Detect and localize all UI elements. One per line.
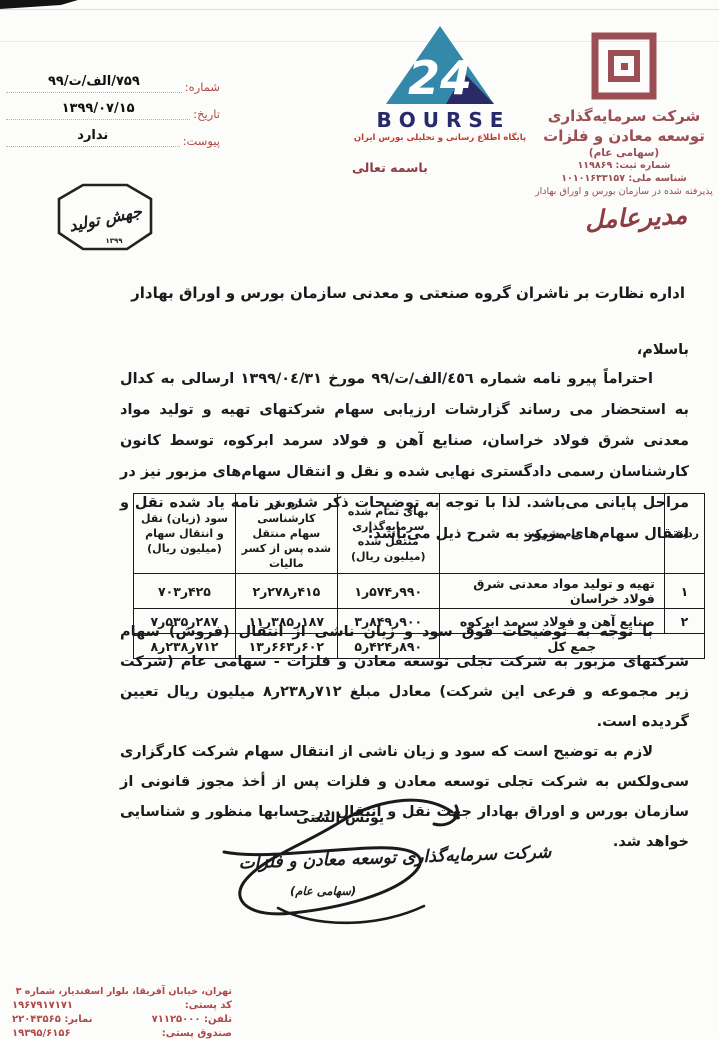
- cell-profit: ۷۰۳ر۴۲۵: [134, 574, 236, 609]
- letter-meta-block: شماره: ۷۵۹/الف/ت/۹۹ تاریخ: ۱۳۹۹/۰۷/۱۵ پی…: [6, 80, 220, 161]
- table-header-row: ردیف نام شرکت بهای تمام شده سرمایه‌گذاری…: [134, 494, 705, 574]
- footer-pobox-value: ۱۹۳۹۵/۶۱۵۶: [12, 1028, 71, 1039]
- letter-attachment-value: ندارد: [6, 128, 180, 143]
- footer-fax-value: ۲۲۰۴۳۵۶۵: [12, 1014, 61, 1025]
- company-listing-note: پذیرفته شده در سازمان بورس و اوراق بهادا…: [533, 185, 715, 198]
- letter-attachment-label: پیوست:: [183, 134, 220, 148]
- footer-phone-label: تلفن:: [204, 1014, 232, 1025]
- company-logo-icon: [589, 30, 659, 102]
- recipient-heading: اداره نظارت بر ناشران گروه صنعتی و معدنی…: [131, 284, 685, 302]
- signature-company-type: (سهامی عام): [290, 884, 356, 898]
- cell-row-no: ۱: [664, 574, 704, 609]
- footer-fax-pair: نمابر: ۲۲۰۴۳۵۶۵: [12, 1014, 93, 1025]
- bourse-number: 24: [408, 51, 472, 105]
- letter-number-value: ۷۵۹/الف/ت/۹۹: [6, 74, 182, 89]
- cell-appraisal: ۲ر۲۷۸ر۴۱۵: [235, 574, 337, 609]
- stamp-year: ۱۳۹۹: [105, 237, 123, 245]
- meta-row-number: شماره: ۷۵۹/الف/ت/۹۹: [6, 80, 220, 94]
- meta-row-attachment: پیوست: ندارد: [6, 134, 220, 148]
- salutation: باسلام،: [637, 342, 689, 358]
- footer-postal-row: کد پستی: ۱۹۶۷۹۱۷۱۷۱: [12, 1000, 232, 1011]
- header-cost: بهای تمام شده سرمایه‌گذاری منتقل شده (می…: [337, 494, 439, 574]
- production-leap-stamp: جهش تولید ۱۳۹۹: [56, 182, 154, 256]
- footer-fax-label: نمابر:: [64, 1014, 92, 1025]
- transfer-amount: ۸ر۲۳۸ر۷۱۲: [263, 684, 342, 700]
- company-letterhead: شرکت سرمایه‌گذاری توسعه معادن و فلزات (س…: [533, 30, 715, 198]
- bourse-name: BOURSE: [344, 108, 536, 132]
- footer-phone-row: تلفن: ۷۱۱۲۵۰۰۰ نمابر: ۲۲۰۴۳۵۶۵: [12, 1014, 232, 1025]
- bourse-logo: 24 BOURSE پایگاه اطلاع رسانی و تحلیلی بو…: [344, 24, 536, 143]
- bourse-tagline: پایگاه اطلاع رسانی و تحلیلی بورس ایران: [344, 133, 536, 143]
- stamp-slogan: جهش تولید: [67, 201, 145, 236]
- company-name-line1: شرکت سرمایه‌گذاری: [533, 106, 715, 126]
- ceo-title-script: مدیرعامل: [579, 200, 692, 235]
- letter-date-label: تاریخ:: [193, 107, 220, 121]
- header-appraisal: ارزش کارشناسی سهام منتقل شده پس از کسر م…: [235, 494, 337, 574]
- footer-pobox-row: صندوق پستی: ۱۹۳۹۵/۶۱۵۶: [12, 1028, 232, 1039]
- signer-name: یونس الستی: [296, 810, 384, 826]
- scan-line-artifact: [0, 9, 719, 10]
- letter-number-label: شماره:: [185, 80, 220, 94]
- company-national-id: شناسه ملی: ۱۰۱۰۱۶۳۳۱۵۷: [533, 172, 715, 185]
- footer-phone-pair: تلفن: ۷۱۱۲۵۰۰۰: [152, 1014, 232, 1025]
- besmele: باسمه تعالی: [352, 160, 428, 175]
- table-row: ۱ تهیه و تولید مواد معدنی شرق فولاد خراس…: [134, 574, 705, 609]
- footer-postal-label: کد پستی:: [185, 1000, 232, 1011]
- body-paragraph-2: با توجه به توضیحات فوق سود و زیان ناشی ا…: [120, 617, 689, 737]
- scan-corner-artifact: [0, 0, 78, 9]
- footer-pobox-label: صندوق پستی:: [162, 1028, 232, 1039]
- meta-row-date: تاریخ: ۱۳۹۹/۰۷/۱۵: [6, 107, 220, 121]
- stamp-octagon-icon: جهش تولید ۱۳۹۹: [56, 182, 154, 252]
- bourse-triangle-icon: 24: [384, 24, 496, 106]
- dotted-leader: ۷۵۹/الف/ت/۹۹: [6, 81, 182, 93]
- dotted-leader: ۱۳۹۹/۰۷/۱۵: [6, 108, 190, 120]
- header-profit: سود (زیان) نقل و انتقال سهام (میلیون ریا…: [134, 494, 236, 574]
- company-name-line2: توسعه معادن و فلزات: [533, 126, 715, 146]
- header-company: نام شرکت: [439, 494, 664, 574]
- page-footer: تهران، خیابان آفریقا، بلوار اسفندیار، شم…: [12, 986, 232, 1039]
- scanned-letter-page: شماره: ۷۵۹/الف/ت/۹۹ تاریخ: ۱۳۹۹/۰۷/۱۵ پی…: [0, 0, 719, 1039]
- cell-cost: ۱ر۵۷۴ر۹۹۰: [337, 574, 439, 609]
- dotted-leader: ندارد: [6, 135, 180, 147]
- company-registration: شماره ثبت: ۱۱۹۸۶۹: [533, 159, 715, 172]
- letter-date-value: ۱۳۹۹/۰۷/۱۵: [6, 101, 190, 116]
- company-type: (سهامی عام): [533, 147, 715, 159]
- footer-postal-value: ۱۹۶۷۹۱۷۱۷۱: [12, 1000, 73, 1011]
- footer-phone-value: ۷۱۱۲۵۰۰۰: [152, 1014, 201, 1025]
- footer-address: تهران، خیابان آفریقا، بلوار اسفندیار، شم…: [12, 986, 232, 997]
- header-row-no: ردیف: [664, 494, 704, 574]
- cell-company: تهیه و تولید مواد معدنی شرق فولاد خراسان: [439, 574, 664, 609]
